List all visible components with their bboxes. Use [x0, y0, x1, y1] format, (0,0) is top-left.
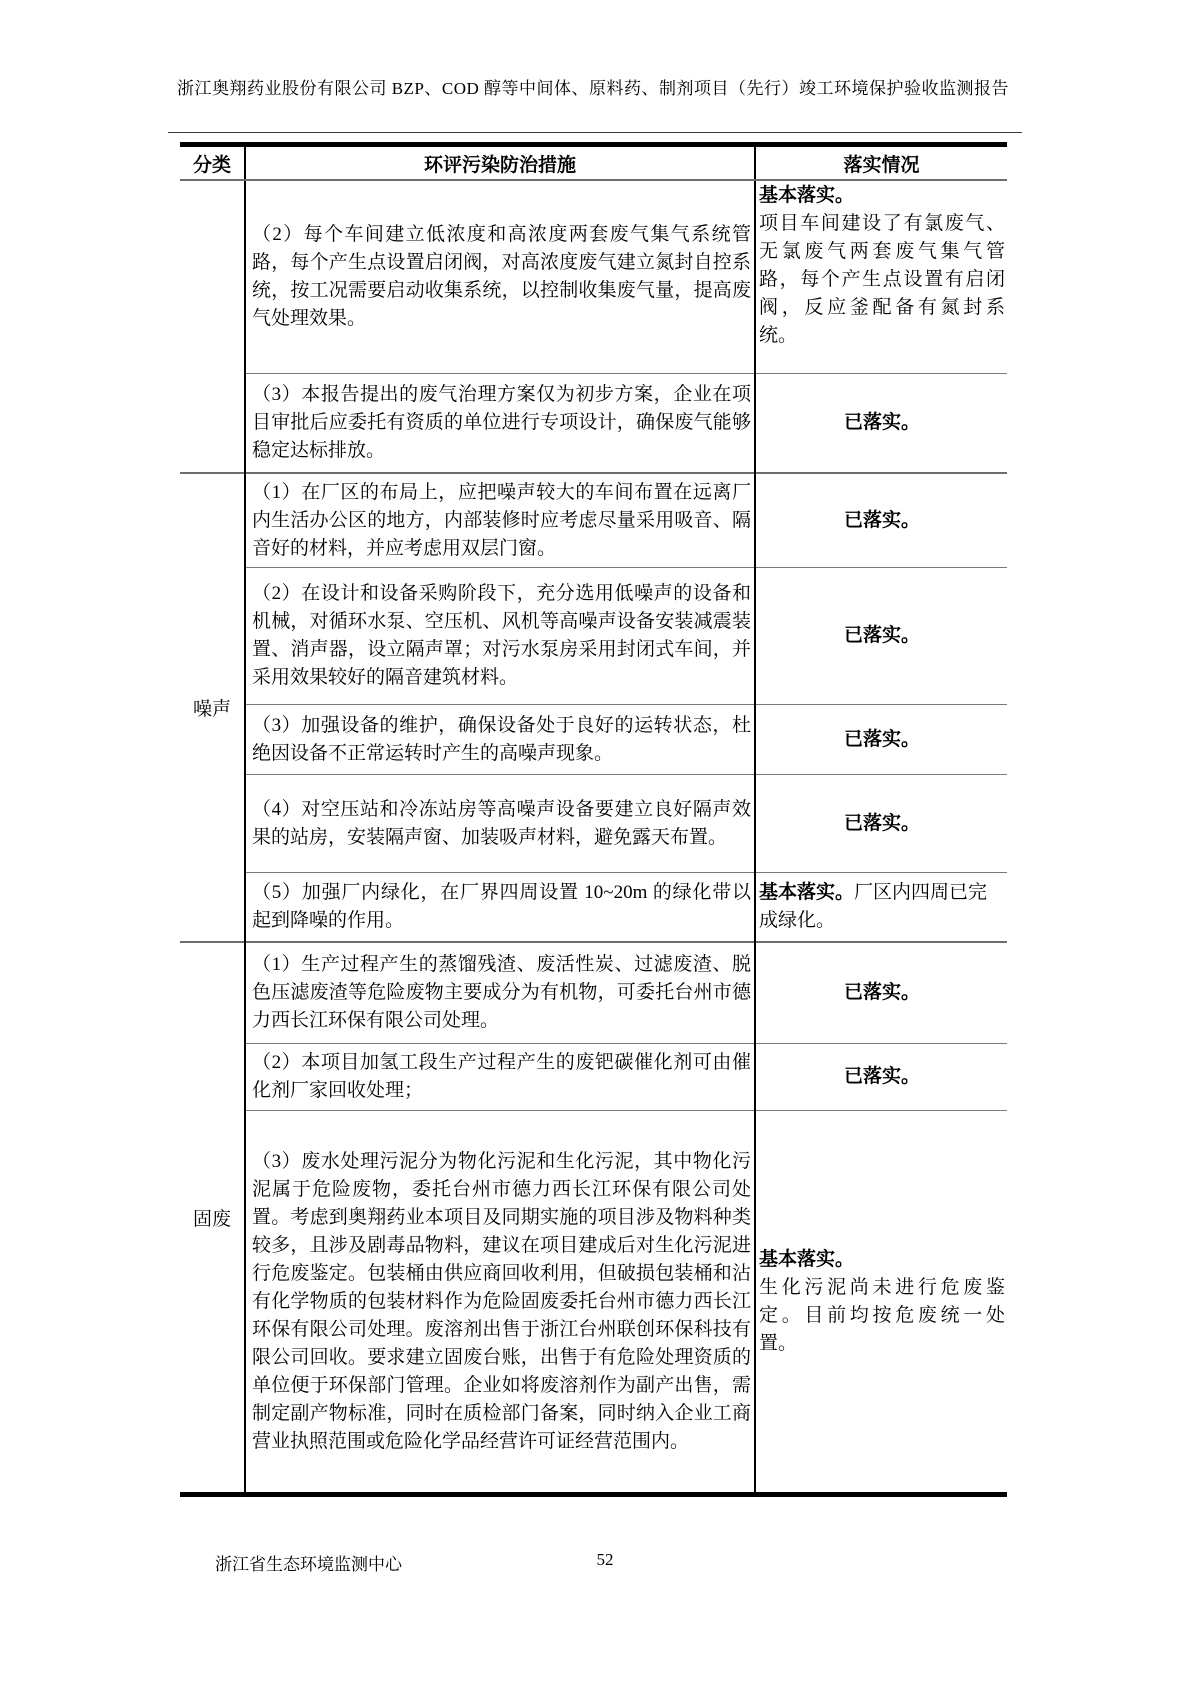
table-row: （2）本项目加氢工段生产过程产生的废钯碳催化剂可由催化剂厂家回收处理； 已落实。 — [180, 1044, 1007, 1111]
status-lead: 基本落实。 — [759, 182, 1005, 210]
status-body: 生化污泥尚未进行危废鉴定。目前均按危废统一处置。 — [759, 1274, 1005, 1358]
category-cell-blank — [180, 180, 245, 473]
table-row: （5）加强厂内绿化，在厂界四周设置 10~20m 的绿化带以起到降噪的作用。 基… — [180, 873, 1007, 943]
status-cell: 基本落实。 生化污泥尚未进行危废鉴定。目前均按危废统一处置。 — [755, 1111, 1007, 1493]
measures-table-wrapper: 分类 环评污染防治措施 落实情况 （2）每个车间建立低浓度和高浓度两套废气集气系… — [180, 142, 1007, 1497]
col-header-measure: 环评污染防治措施 — [245, 147, 755, 180]
measure-cell: （2）本项目加氢工段生产过程产生的废钯碳催化剂可由催化剂厂家回收处理； — [245, 1044, 755, 1111]
document-title: 浙江奥翔药业股份有限公司 BZP、COD 醇等中间体、原料药、制剂项目（先行）竣… — [165, 78, 1021, 100]
status-cell: 已落实。 — [755, 473, 1007, 568]
category-cell-solid-waste: 固废 — [180, 942, 245, 1492]
table-row: （3）本报告提出的废气治理方案仅为初步方案，企业在项目审批后应委托有资质的单位进… — [180, 374, 1007, 474]
col-header-status: 落实情况 — [755, 147, 1007, 180]
status-cell: 基本落实。 项目车间建设了有氯废气、无氯废气两套废气集气管路，每个产生点设置有启… — [755, 180, 1007, 374]
measure-cell: （3）加强设备的维护，确保设备处于良好的运转状态，杜绝因设备不正常运转时产生的高… — [245, 705, 755, 775]
category-cell-noise: 噪声 — [180, 473, 245, 942]
header-divider-line — [168, 132, 1022, 133]
status-lead: 基本落实。 — [759, 882, 854, 903]
col-header-category: 分类 — [180, 147, 245, 180]
measure-cell: （2）每个车间建立低浓度和高浓度两套废气集气系统管路，每个产生点设置启闭阀，对高… — [245, 180, 755, 374]
status-cell: 已落实。 — [755, 775, 1007, 873]
status-cell: 已落实。 — [755, 1044, 1007, 1111]
page-footer: 52 浙江省生态环境监测中心 — [180, 1550, 1030, 1574]
status-lead: 基本落实。 — [759, 1246, 1005, 1274]
table-row: （2）每个车间建立低浓度和高浓度两套废气集气系统管路，每个产生点设置启闭阀，对高… — [180, 180, 1007, 374]
table-row: （3）废水处理污泥分为物化污泥和生化污泥，其中物化污泥属于危险废物，委托台州市德… — [180, 1111, 1007, 1493]
table-row: （2）在设计和设备采购阶段下，充分选用低噪声的设备和机械，对循环水泵、空压机、风… — [180, 568, 1007, 705]
table-row: 固废 （1）生产过程产生的蒸馏残渣、废活性炭、过滤废渣、脱色压滤废渣等危险废物主… — [180, 942, 1007, 1044]
status-cell: 已落实。 — [755, 942, 1007, 1044]
status-cell: 已落实。 — [755, 705, 1007, 775]
measure-cell: （3）废水处理污泥分为物化污泥和生化污泥，其中物化污泥属于危险废物，委托台州市德… — [245, 1111, 755, 1493]
measure-cell: （2）在设计和设备采购阶段下，充分选用低噪声的设备和机械，对循环水泵、空压机、风… — [245, 568, 755, 705]
measure-cell: （5）加强厂内绿化，在厂界四周设置 10~20m 的绿化带以起到降噪的作用。 — [245, 873, 755, 943]
measures-table: 分类 环评污染防治措施 落实情况 （2）每个车间建立低浓度和高浓度两套废气集气系… — [180, 147, 1007, 1492]
table-header-row: 分类 环评污染防治措施 落实情况 — [180, 147, 1007, 180]
footer-organization: 浙江省生态环境监测中心 — [215, 1550, 402, 1575]
status-body: 项目车间建设了有氯废气、无氯废气两套废气集气管路，每个产生点设置有启闭阀，反应釜… — [759, 210, 1005, 350]
table-row: （4）对空压站和冷冻站房等高噪声设备要建立良好隔声效果的站房，安装隔声窗、加装吸… — [180, 775, 1007, 873]
measure-cell: （3）本报告提出的废气治理方案仅为初步方案，企业在项目审批后应委托有资质的单位进… — [245, 374, 755, 474]
status-cell: 已落实。 — [755, 568, 1007, 705]
measure-cell: （4）对空压站和冷冻站房等高噪声设备要建立良好隔声效果的站房，安装隔声窗、加装吸… — [245, 775, 755, 873]
table-row: 噪声 （1）在厂区的布局上，应把噪声较大的车间布置在远离厂内生活办公区的地方，内… — [180, 473, 1007, 568]
measure-cell: （1）生产过程产生的蒸馏残渣、废活性炭、过滤废渣、脱色压滤废渣等危险废物主要成分… — [245, 942, 755, 1044]
status-cell: 基本落实。厂区内四周已完成绿化。 — [755, 873, 1007, 943]
measure-cell: （1）在厂区的布局上，应把噪声较大的车间布置在远离厂内生活办公区的地方，内部装修… — [245, 473, 755, 568]
status-cell: 已落实。 — [755, 374, 1007, 474]
document-page: 浙江奥翔药业股份有限公司 BZP、COD 醇等中间体、原料药、制剂项目（先行）竣… — [0, 0, 1190, 1683]
table-row: （3）加强设备的维护，确保设备处于良好的运转状态，杜绝因设备不正常运转时产生的高… — [180, 705, 1007, 775]
